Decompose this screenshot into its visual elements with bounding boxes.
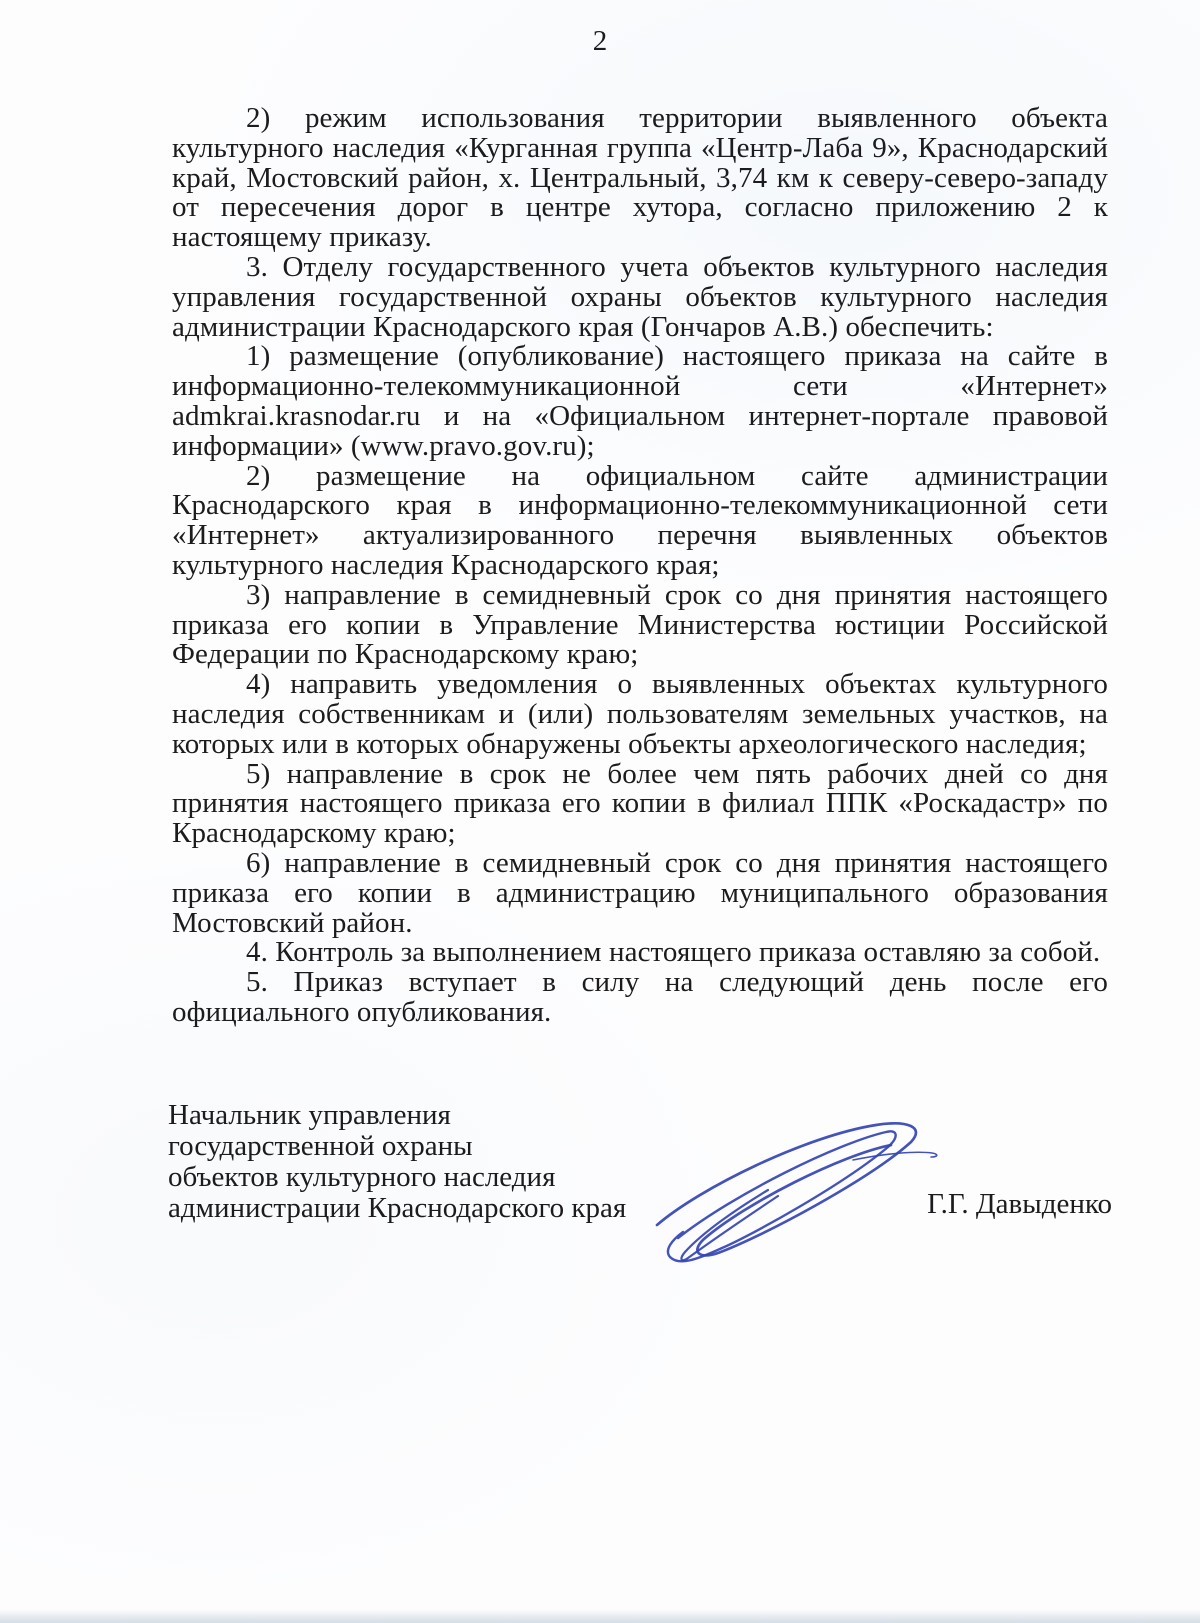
paragraph-3-otdel: 3. Отделу государственного учета объекто… [172, 253, 1108, 342]
paragraph-5-entry-into-force: 5. Приказ вступает в силу на следующий д… [172, 968, 1108, 1028]
document-body: 2) режим использования территории выявле… [172, 104, 1108, 1028]
paragraph-3-2-site: 2) размещение на официальном сайте админ… [172, 462, 1108, 581]
scanned-document-page: 2 2) режим использования территории выяв… [0, 0, 1200, 1623]
paragraph-3-5-roskadastr: 5) направление в срок не более чем пять … [172, 760, 1108, 849]
paragraph-3-1-publication: 1) размещение (опубликование) настоящего… [172, 342, 1108, 461]
paragraph-3-6-municipality: 6) направление в семидневный срок со дня… [172, 849, 1108, 938]
paragraph-3-3-justice: 3) направление в семидневный срок со дня… [172, 581, 1108, 670]
paragraph-4-control: 4. Контроль за выполнением настоящего пр… [172, 938, 1108, 968]
scan-bottom-edge-shadow [0, 1609, 1200, 1623]
paragraph-3-4-notifications: 4) направить уведомления о выявленных об… [172, 670, 1108, 759]
page-number: 2 [0, 26, 1200, 56]
paragraph-2-regime: 2) режим использования территории выявле… [172, 104, 1108, 253]
handwritten-signature [648, 1116, 992, 1266]
